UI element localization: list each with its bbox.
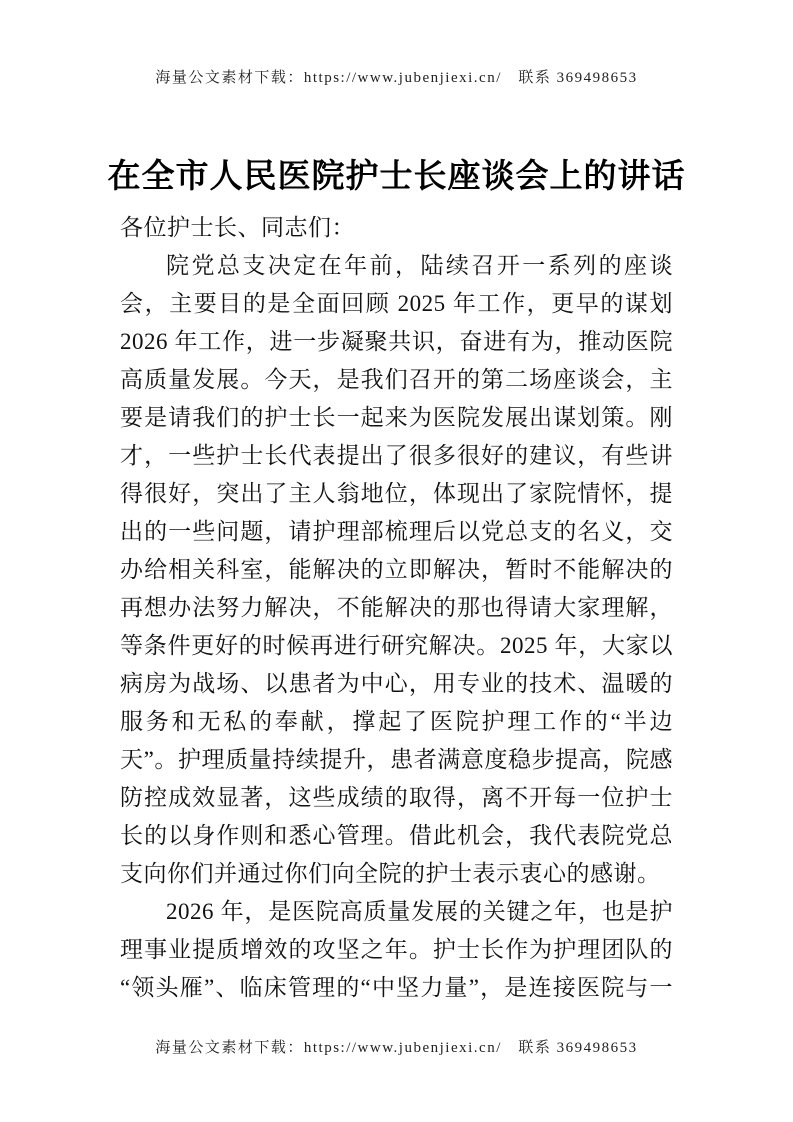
paragraph-1: 院党总支决定在年前，陆续召开一系列的座谈会，主要目的是全面回顾 2025 年工作… [120,247,673,893]
salutation: 各位护士长、同志们： [120,209,673,247]
paragraph-2: 2026 年，是医院高质量发展的关键之年，也是护理事业提质增效的攻坚之年。护士长… [120,893,673,1009]
page-title: 在全市人民医院护士长座谈会上的讲话 [0,150,793,197]
document-body: 各位护士长、同志们： 院党总支决定在年前，陆续召开一系列的座谈会，主要目的是全面… [120,209,673,1009]
header-note: 海量公文素材下载：https://www.jubenjiexi.cn/ 联系 3… [0,66,793,87]
document-page: 海量公文素材下载：https://www.jubenjiexi.cn/ 联系 3… [0,0,793,1122]
footer-note: 海量公文素材下载：https://www.jubenjiexi.cn/ 联系 3… [0,1036,793,1057]
